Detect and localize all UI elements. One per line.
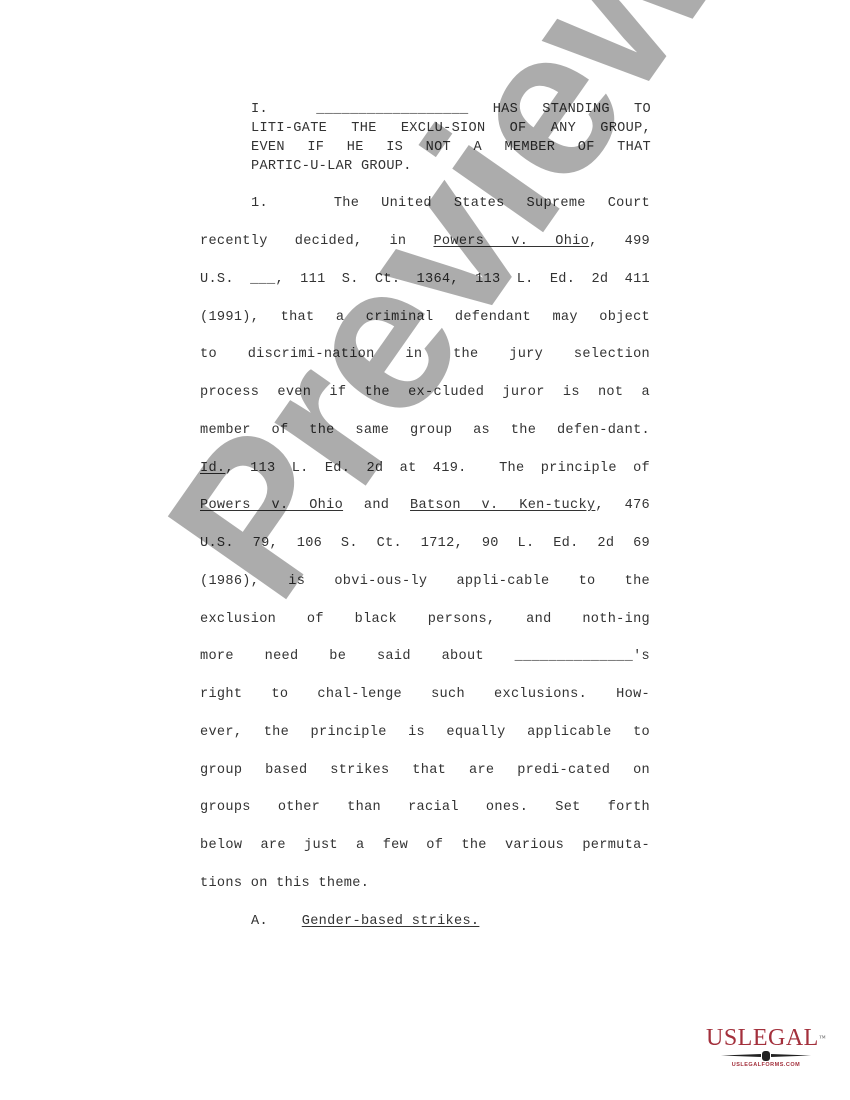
uslegal-logo: USLEGAL™ USLEGALFORMS.COM	[706, 1026, 826, 1068]
heading-blank: __________________	[316, 102, 468, 117]
line-text: , 113 L. Ed. 2d at 419. The principle of	[225, 461, 650, 476]
paragraph-line: to discrimi-nation in the jury selection	[200, 345, 650, 365]
subheading: A. Gender-based strikes.	[251, 912, 551, 932]
heading-line-1: I. __________________ HAS STANDING TO	[251, 100, 651, 119]
document-page: I. __________________ HAS STANDING TO LI…	[0, 0, 850, 1100]
case-citation: Powers v. Ohio	[200, 498, 343, 513]
paragraph-text: The United States Supreme Court	[334, 196, 650, 211]
case-citation: Powers v. Ohio	[433, 234, 589, 249]
line-text: recently decided, in	[200, 234, 406, 249]
logo-brand: USLEGAL™	[706, 1026, 826, 1050]
id-citation: Id.	[200, 461, 225, 476]
blank-field: ______________	[515, 649, 633, 664]
paragraph-line: member of the same group as the defen-da…	[200, 421, 650, 441]
paragraph-line: U.S. ___, 111 S. Ct. 1364, 113 L. Ed. 2d…	[200, 270, 650, 290]
logo-brand-text: USLEGAL	[706, 1025, 819, 1051]
paragraph-line: U.S. 79, 106 S. Ct. 1712, 90 L. Ed. 2d 6…	[200, 534, 650, 554]
paragraph-line: (1991), that a criminal defendant may ob…	[200, 308, 650, 328]
line-text: , 476	[595, 498, 650, 513]
heading-line-2: LITI-GATE THE EXCLU-SION OF ANY GROUP,	[251, 119, 651, 138]
eagle-icon	[721, 1051, 811, 1061]
paragraph-line: Powers v. Ohio and Batson v. Ken-tucky, …	[200, 496, 650, 516]
paragraph-number: 1.	[251, 196, 268, 211]
paragraph-line: below are just a few of the various perm…	[200, 836, 650, 856]
section-heading: I. __________________ HAS STANDING TO LI…	[251, 100, 651, 176]
heading-numeral: I.	[251, 102, 268, 117]
line-text: more need be said about	[200, 649, 484, 664]
paragraph-line: exclusion of black persons, and noth-ing	[200, 610, 650, 630]
line-text: U.S.	[200, 272, 234, 287]
subheading-letter: A.	[251, 914, 268, 929]
subheading-text: Gender-based strikes.	[302, 914, 480, 929]
paragraph-line: right to chal-lenge such exclusions. How…	[200, 685, 650, 705]
trademark-symbol: ™	[819, 1034, 826, 1042]
paragraph-line: groups other than racial ones. Set forth	[200, 798, 650, 818]
paragraph-line: (1986), is obvi-ous-ly appli-cable to th…	[200, 572, 650, 592]
paragraph-line: Id., 113 L. Ed. 2d at 419. The principle…	[200, 459, 650, 479]
heading-line-3: EVEN IF HE IS NOT A MEMBER OF THAT	[251, 138, 651, 157]
paragraph-line: process even if the ex-cluded juror is n…	[200, 383, 650, 403]
paragraph-line: tions on this theme.	[200, 874, 650, 894]
line-text: and	[364, 498, 389, 513]
paragraph-line: group based strikes that are predi-cated…	[200, 761, 650, 781]
paragraph-line: ever, the principle is equally applicabl…	[200, 723, 650, 743]
paragraph-line: recently decided, in Powers v. Ohio, 499	[200, 232, 650, 252]
line-text: , 111 S. Ct. 1364, 113 L. Ed. 2d 411	[275, 272, 650, 287]
line-text: 's	[633, 649, 650, 664]
case-citation: Batson v. Ken-tucky	[410, 498, 595, 513]
logo-url: USLEGALFORMS.COM	[706, 1062, 826, 1068]
blank-field: ___	[250, 272, 275, 287]
paragraph-line: more need be said about ______________'s	[200, 647, 650, 667]
heading-text: HAS STANDING TO	[493, 102, 651, 117]
heading-line-4: PARTIC-U-LAR GROUP.	[251, 157, 651, 176]
line-text: , 499	[589, 234, 650, 249]
paragraph-line: 1. The United States Supreme Court	[251, 194, 650, 214]
